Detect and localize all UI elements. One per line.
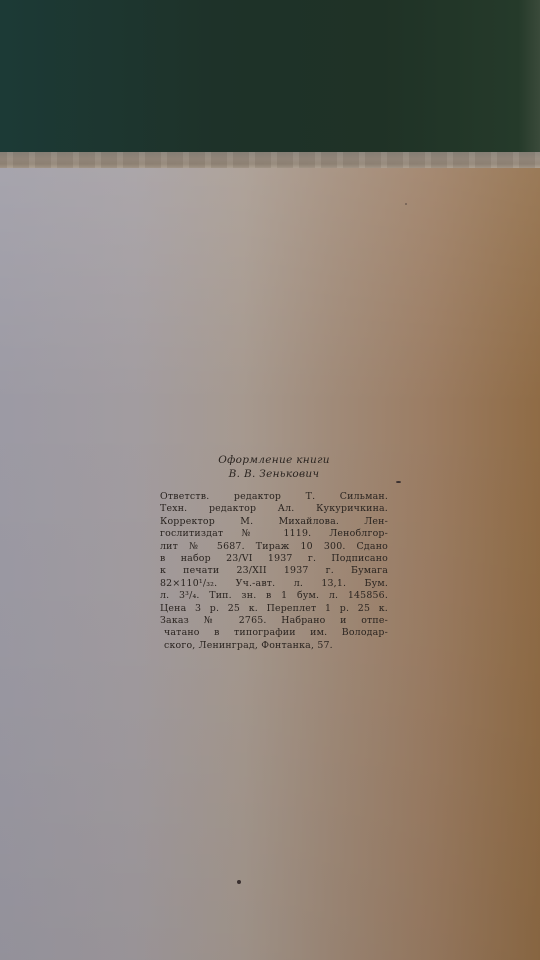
book-page-edge — [0, 152, 540, 169]
imprint-line: лит № 5687. Тираж 10 300. Сдано — [160, 541, 388, 553]
paper-speck — [237, 880, 241, 884]
paper-speck — [405, 203, 407, 205]
designer-name: В. В. Зенькович — [160, 467, 388, 481]
imprint-line: Заказ № 2765. Набрано и отпе- — [160, 615, 388, 627]
imprint-line: в набор 23/VI 1937 г. Подписано — [160, 553, 388, 565]
imprint-line: к печати 23/XII 1937 г. Бумага — [160, 565, 388, 577]
paper-speck — [396, 481, 401, 483]
imprint-line: Ответств. редактор Т. Сильман. — [160, 491, 388, 503]
design-credit: Оформление книги В. В. Зенькович — [160, 453, 388, 481]
imprint-line: Техн. редактор Ал. Кукуричкина. — [160, 503, 388, 515]
imprint-line: гослитиздат № 1119. Леноблгор- — [160, 528, 388, 540]
imprint-line: Корректор М. Михайлова. Лен- — [160, 516, 388, 528]
imprint-line: 82×110¹/₃₂. Уч.-авт. л. 13,1. Бум. — [160, 578, 388, 590]
design-label: Оформление книги — [160, 453, 388, 467]
imprint-text: Ответств. редактор Т. Сильман. Техн. ред… — [160, 491, 388, 652]
colophon-block: Оформление книги В. В. Зенькович Ответст… — [160, 453, 388, 652]
imprint-line: чатано в типографии им. Володар- — [160, 627, 388, 639]
imprint-line: л. 3³/₄. Тип. зн. в 1 бум. л. 145856. — [160, 590, 388, 602]
green-table-surface — [0, 0, 540, 156]
imprint-line: Цена 3 р. 25 к. Переплет 1 р. 25 к. — [160, 603, 388, 615]
imprint-line: ского, Ленинград, Фонтанка, 57. — [160, 640, 388, 652]
